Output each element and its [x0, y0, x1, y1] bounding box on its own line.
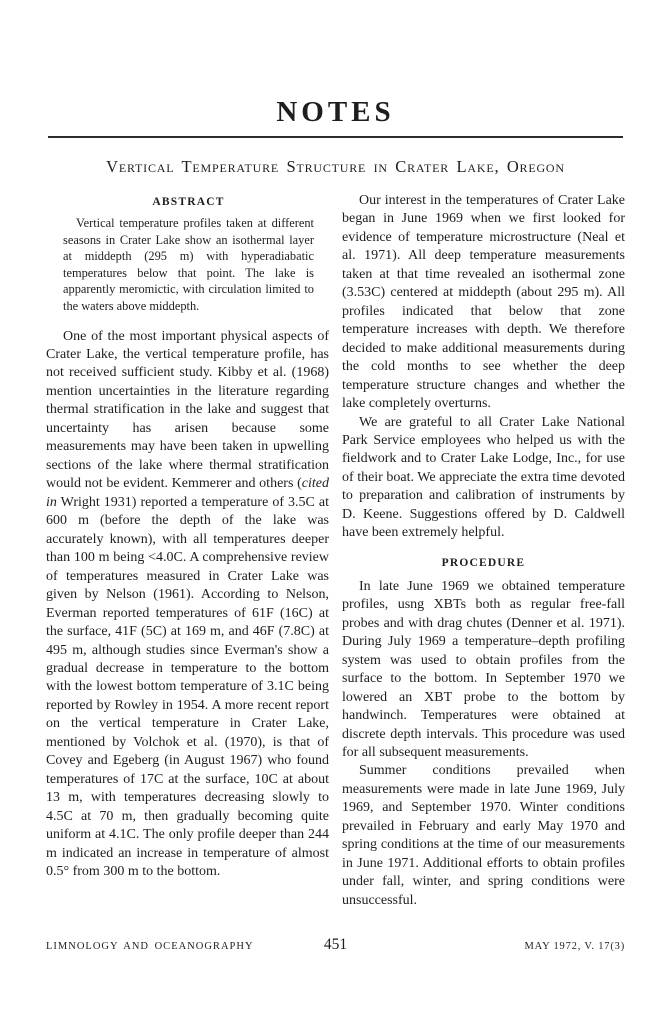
page-number: 451	[324, 936, 347, 954]
paragraph-text: One of the most important physical aspec…	[46, 329, 329, 492]
page-content: NOTES Vertical Temperature Structure in …	[46, 0, 625, 910]
page-footer: LIMNOLOGY AND OCEANOGRAPHY 451 MAY 1972,…	[46, 936, 625, 954]
journal-name: LIMNOLOGY AND OCEANOGRAPHY	[46, 941, 324, 952]
procedure-heading: PROCEDURE	[342, 557, 625, 569]
body-paragraph: In late June 1969 we obtained temperatur…	[342, 578, 625, 763]
two-column-body: ABSTRACT Vertical temperature profiles t…	[46, 192, 625, 910]
abstract-text: Vertical temperature profiles taken at d…	[63, 215, 314, 315]
body-paragraph: We are grateful to all Crater Lake Natio…	[342, 414, 625, 543]
paragraph-text: Summer conditions prevailed when measure…	[342, 763, 625, 907]
issue-info: MAY 1972, V. 17(3)	[347, 941, 625, 952]
right-intro-paragraphs: Our interest in the temperatures of Crat…	[342, 192, 625, 543]
left-column: ABSTRACT Vertical temperature profiles t…	[46, 192, 329, 910]
right-column: Our interest in the temperatures of Crat…	[342, 192, 625, 910]
procedure-paragraphs: In late June 1969 we obtained temperatur…	[342, 578, 625, 910]
section-title: NOTES	[46, 0, 625, 129]
left-column-paragraphs: One of the most important physical aspec…	[46, 328, 329, 882]
abstract-section: ABSTRACT Vertical temperature profiles t…	[46, 196, 329, 315]
article-title: Vertical Temperature Structure in Crater…	[46, 157, 625, 177]
paragraph-text: Our interest in the temperatures of Crat…	[342, 193, 625, 411]
header-rule	[48, 136, 623, 138]
body-paragraph: One of the most important physical aspec…	[46, 328, 329, 882]
paragraph-text: We are grateful to all Crater Lake Natio…	[342, 415, 625, 541]
journal-page: NOTES Vertical Temperature Structure in …	[0, 0, 667, 1024]
body-paragraph: Our interest in the temperatures of Crat…	[342, 192, 625, 414]
abstract-heading: ABSTRACT	[63, 196, 314, 208]
paragraph-text: In late June 1969 we obtained temperatur…	[342, 579, 625, 760]
paragraph-text: Wright 1931) reported a temperature of 3…	[46, 495, 329, 879]
body-paragraph: Summer conditions prevailed when measure…	[342, 762, 625, 910]
